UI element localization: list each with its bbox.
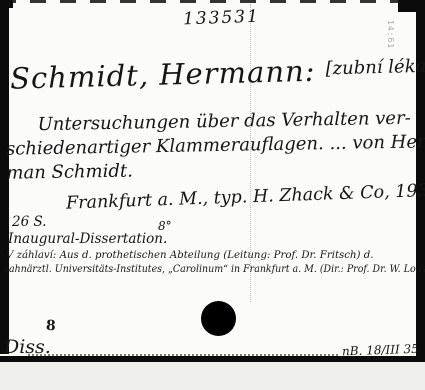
punch-hole <box>201 301 236 336</box>
shelf-note: Diss. <box>4 336 51 358</box>
collation-note: 26 S. <box>12 214 47 230</box>
background-below-card <box>0 362 425 390</box>
stamp-mark: 8 <box>46 318 57 334</box>
catalog-number: 133531 <box>183 7 261 30</box>
scanned-catalog-card: 133531 14:61 Schmidt, Hermann: [zubní lé… <box>0 0 425 390</box>
title-block: Untersuchungen über das Verhalten ver- s… <box>5 106 425 185</box>
margin-note-vertical: 14:61 <box>386 20 395 49</box>
processing-date-note: nB. 18/III 35. <box>342 342 423 359</box>
bottom-dotted-rule <box>28 354 338 356</box>
thesis-note: Inaugural-Dissertation. <box>8 231 167 247</box>
provenance-line-1: V záhlaví: Aus d. prothetischen Abteilun… <box>6 249 374 261</box>
author-qualifier: [zubní lékař] <box>325 55 425 79</box>
top-edge-line <box>0 0 425 3</box>
provenance-line-2: zahnärztl. Universitäts-Institutes, „Car… <box>4 263 425 275</box>
